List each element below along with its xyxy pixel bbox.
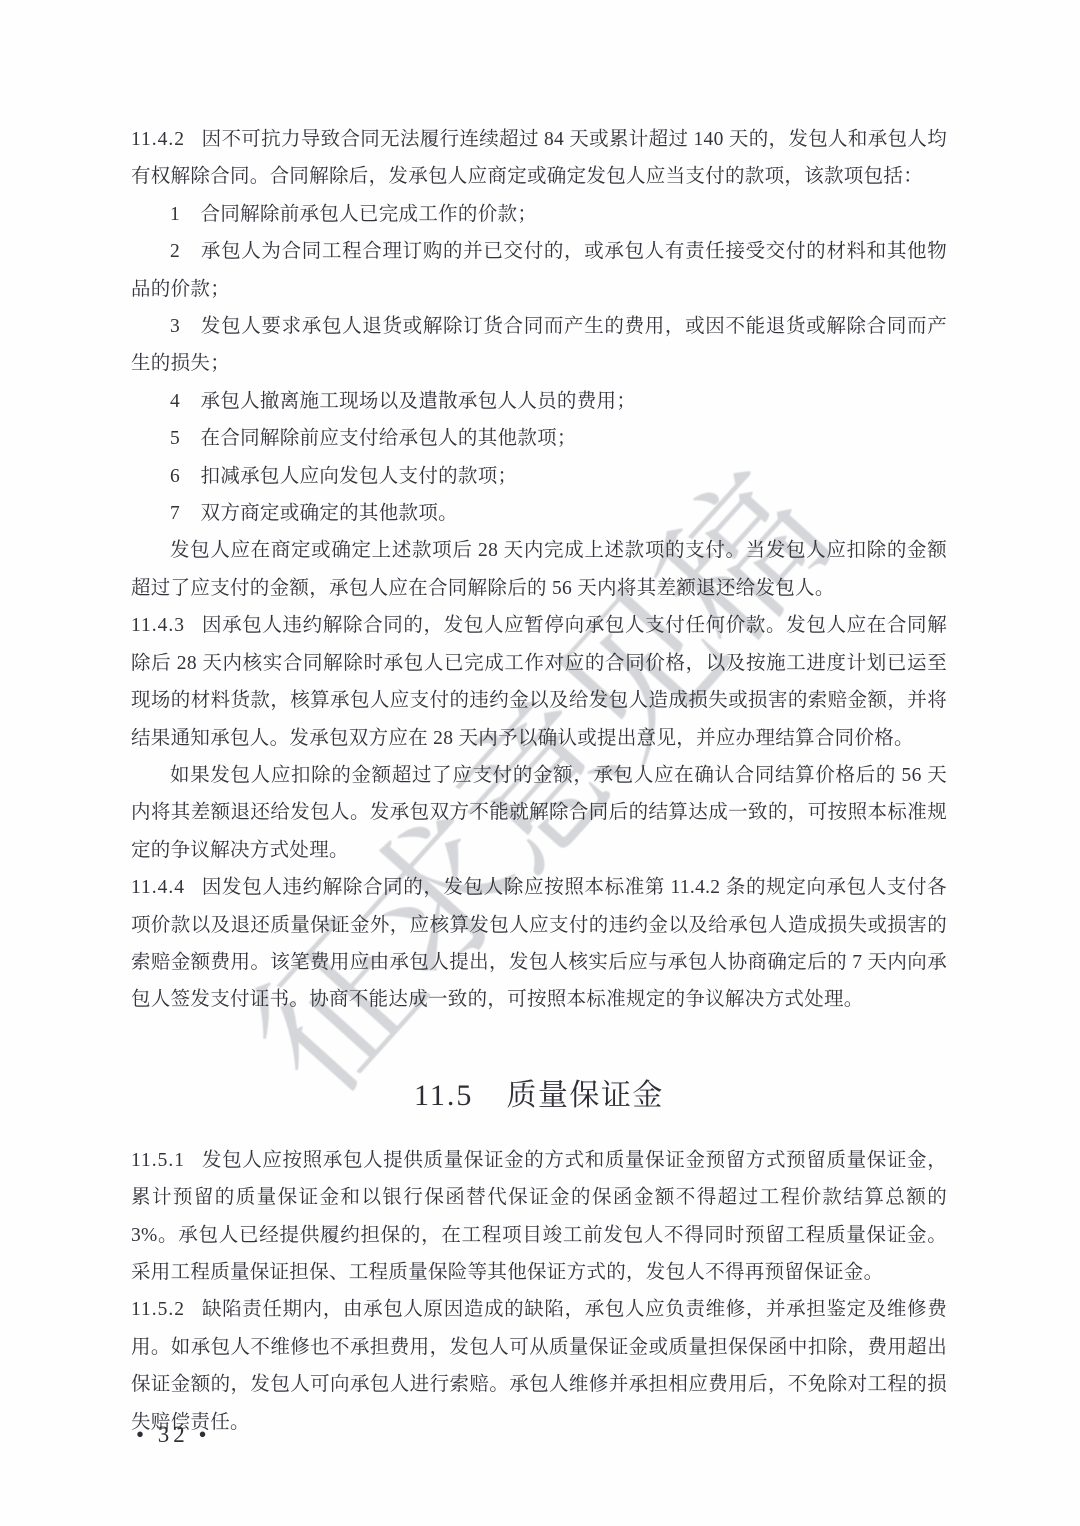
clause-number: 11.4.3	[131, 615, 185, 636]
clause-11-4-3: 11.4.3因承包人违约解除合同的，发包人应暂停向承包人支付任何价款。发包人应在…	[131, 607, 947, 757]
clause-text: 因承包人违约解除合同的，发包人应暂停向承包人支付任何价款。发包人应在合同解除后 …	[131, 615, 947, 748]
item-text: 合同解除前承包人已完成工作的价款；	[201, 204, 538, 225]
clause-number: 11.5.1	[131, 1150, 185, 1171]
section-heading: 11.5质量保证金	[131, 1076, 947, 1116]
item-text: 承包人为合同工程合理订购的并已交付的，或承包人有责任接受交付的材料和其他物品的价…	[131, 241, 947, 299]
item-number: 4	[170, 391, 180, 412]
clause-11-5-1: 11.5.1发包人应按照承包人提供质量保证金的方式和质量保证金预留方式预留质量保…	[131, 1142, 947, 1292]
item-text: 扣减承包人应向发包人支付的款项；	[201, 466, 518, 487]
item-text: 承包人撤离施工现场以及遣散承包人人员的费用；	[201, 391, 637, 412]
list-item-1: 1合同解除前承包人已完成工作的价款；	[131, 196, 947, 233]
clause-number: 11.4.2	[131, 129, 185, 150]
item-text: 在合同解除前应支付给承包人的其他款项；	[201, 428, 577, 449]
item-number: 5	[170, 428, 180, 449]
clause-11-4-2: 11.4.2因不可抗力导致合同无法履行连续超过 84 天或累计超过 140 天的…	[131, 121, 947, 196]
list-item-6: 6扣减承包人应向发包人支付的款项；	[131, 458, 947, 495]
item-number: 3	[170, 316, 180, 337]
clause-text: 因发包人违约解除合同的，发包人除应按照本标准第 11.4.2 条的规定向承包人支…	[131, 877, 947, 1010]
list-item-2: 2承包人为合同工程合理订购的并已交付的，或承包人有责任接受交付的材料和其他物品的…	[131, 233, 947, 308]
page-number: • 32 •	[136, 1422, 211, 1448]
clause-11-4-4: 11.4.4因发包人违约解除合同的，发包人除应按照本标准第 11.4.2 条的规…	[131, 869, 947, 1019]
list-item-5: 5在合同解除前应支付给承包人的其他款项；	[131, 420, 947, 457]
paragraph: 发包人应在商定或确定上述款项后 28 天内完成上述款项的支付。当发包人应扣除的金…	[131, 532, 947, 607]
item-text: 双方商定或确定的其他款项。	[201, 503, 458, 524]
item-text: 发包人要求承包人退货或解除订货合同而产生的费用，或因不能退货或解除合同而产生的损…	[131, 316, 947, 374]
clause-text: 缺陷责任期内，由承包人原因造成的缺陷，承包人应负责维修，并承担鉴定及维修费用。如…	[131, 1299, 947, 1432]
clause-11-5-2: 11.5.2缺陷责任期内，由承包人原因造成的缺陷，承包人应负责维修，并承担鉴定及…	[131, 1291, 947, 1441]
item-number: 7	[170, 503, 180, 524]
clause-text: 发包人应按照承包人提供质量保证金的方式和质量保证金预留方式预留质量保证金，累计预…	[131, 1150, 947, 1283]
item-number: 6	[170, 466, 180, 487]
clause-text: 因不可抗力导致合同无法履行连续超过 84 天或累计超过 140 天的，发包人和承…	[131, 129, 947, 187]
list-item-3: 3发包人要求承包人退货或解除订货合同而产生的费用，或因不能退货或解除合同而产生的…	[131, 308, 947, 383]
clause-number: 11.5.2	[131, 1299, 185, 1320]
clause-number: 11.4.4	[131, 877, 185, 898]
list-item-7: 7双方商定或确定的其他款项。	[131, 495, 947, 532]
paragraph: 如果发包人应扣除的金额超过了应支付的金额，承包人应在确认合同结算价格后的 56 …	[131, 757, 947, 869]
section-title: 质量保证金	[506, 1079, 664, 1112]
document-page: 征求意见稿 11.4.2因不可抗力导致合同无法履行连续超过 84 天或累计超过 …	[0, 0, 1080, 1526]
item-number: 2	[170, 241, 180, 262]
page-content: 11.4.2因不可抗力导致合同无法履行连续超过 84 天或累计超过 140 天的…	[131, 121, 947, 1441]
list-item-4: 4承包人撤离施工现场以及遣散承包人人员的费用；	[131, 383, 947, 420]
section-number: 11.5	[414, 1079, 473, 1112]
item-number: 1	[170, 204, 180, 225]
